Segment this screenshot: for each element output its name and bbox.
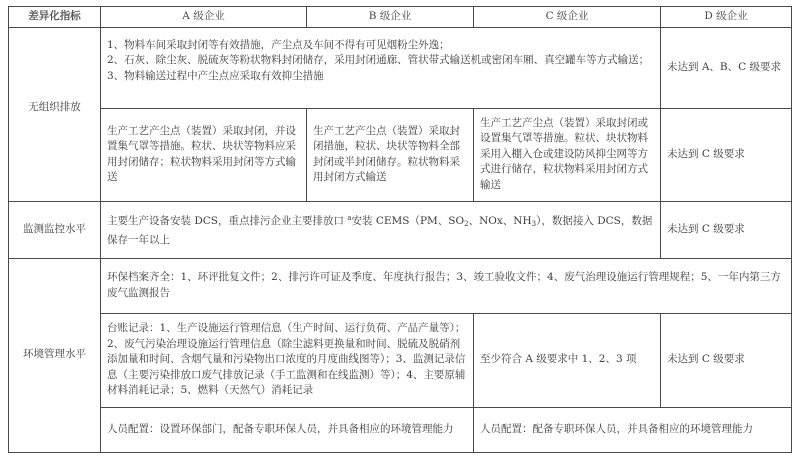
cell-management-archives: 环保档案齐全：1、环评批复文件；2、排污许可证及季度、年度执行报告；3、竣工验收… [101,258,792,313]
header-grade-b: B 级企业 [307,7,474,28]
cell-management-ledger-d: 未达到 C 级要求 [661,313,792,407]
cell-unorganized-b: 生产工艺产尘点（装置）采取封闭措施，粒状、块状等物料全部封闭或半封闭储存。粒状物… [307,108,474,201]
table-row: 无组织排放 1、物料车间采取封闭等有效措施，产尘点及车间不得有可见烟粉尘外逸； … [9,27,792,108]
requirement-item: 3、物料输送过程中产尘点应采取有效抑尘措施 [107,69,654,85]
cell-monitoring-abc: 主要生产设备安装 DCS，重点排污企业主要排放口 a安装 CEMS（PM、SO2… [101,201,661,258]
row-label-environmental-management: 环境管理水平 [9,258,101,452]
row-label-monitoring-level: 监测监控水平 [9,201,101,258]
table-row: 监测监控水平 主要生产设备安装 DCS，重点排污企业主要排放口 a安装 CEMS… [9,201,792,258]
table-row: 生产工艺产尘点（装置）采取封闭，并设置集气罩等措施。粒状、块状等物料应采用封闭储… [9,108,792,201]
requirement-item: 1、物料车间采取封闭等有效措施，产尘点及车间不得有可见烟粉尘外逸； [107,38,654,54]
header-indicator: 差异化指标 [9,7,101,28]
cell-unorganized-a: 生产工艺产尘点（装置）采取封闭，并设置集气罩等措施。粒状、块状等物料应采用封闭储… [101,108,307,201]
text-fragment: 、NOx、NH [469,215,532,227]
row-label-unorganized-emission: 无组织排放 [9,27,101,201]
cell-unorganized-c: 生产工艺产尘点（装置）采取封闭或设置集气罩等措施。粒状、块状物料采用入棚入仓或建… [474,108,661,201]
text-fragment: 安装 CEMS（PM、SO [352,215,465,227]
cell-unorganized-abc-shared: 1、物料车间采取封闭等有效措施，产尘点及车间不得有可见烟粉尘外逸； 2、石灰、除… [101,27,661,108]
cell-management-staff-ab: 人员配置：设置环保部门，配备专职环保人员，并具备相应的环境管理能力 [101,407,474,452]
table-row: 人员配置：设置环保部门，配备专职环保人员，并具备相应的环境管理能力 人员配置：配… [9,407,792,452]
cell-unorganized-d: 未达到 C 级要求 [661,108,792,201]
table-row: 环境管理水平 环保档案齐全：1、环评批复文件；2、排污许可证及季度、年度执行报告… [9,258,792,313]
cell-unorganized-d-shared: 未达到 A、B、C 级要求 [661,27,792,108]
header-row: 差异化指标 A 级企业 B 级企业 C 级企业 D 级企业 [9,7,792,28]
cell-monitoring-d: 未达到 C 级要求 [661,201,792,258]
enterprise-grading-table: 差异化指标 A 级企业 B 级企业 C 级企业 D 级企业 无组织排放 1、物料… [8,6,792,453]
header-grade-a: A 级企业 [101,7,307,28]
header-grade-c: C 级企业 [474,7,661,28]
cell-management-staff-cd: 人员配置：配备专职环保人员，并具备相应的环境管理能力 [474,407,792,452]
header-grade-d: D 级企业 [661,7,792,28]
requirement-item: 2、石灰、除尘灰、脱硫灰等粉状物料封闭储存，采用封闭通廊、管状带式输送机或密闭车… [107,53,654,69]
table-row: 台账记录：1、生产设施运行管理信息（生产时间、运行负荷、产品产量等）；2、废气污… [9,313,792,407]
cell-management-ledger-ab: 台账记录：1、生产设施运行管理信息（生产时间、运行负荷、产品产量等）；2、废气污… [101,313,474,407]
text-fragment: 主要生产设备安装 DCS，重点排污企业主要排放口 [107,215,344,227]
cell-management-ledger-c: 至少符合 A 级要求中 1、2、3 项 [474,313,661,407]
